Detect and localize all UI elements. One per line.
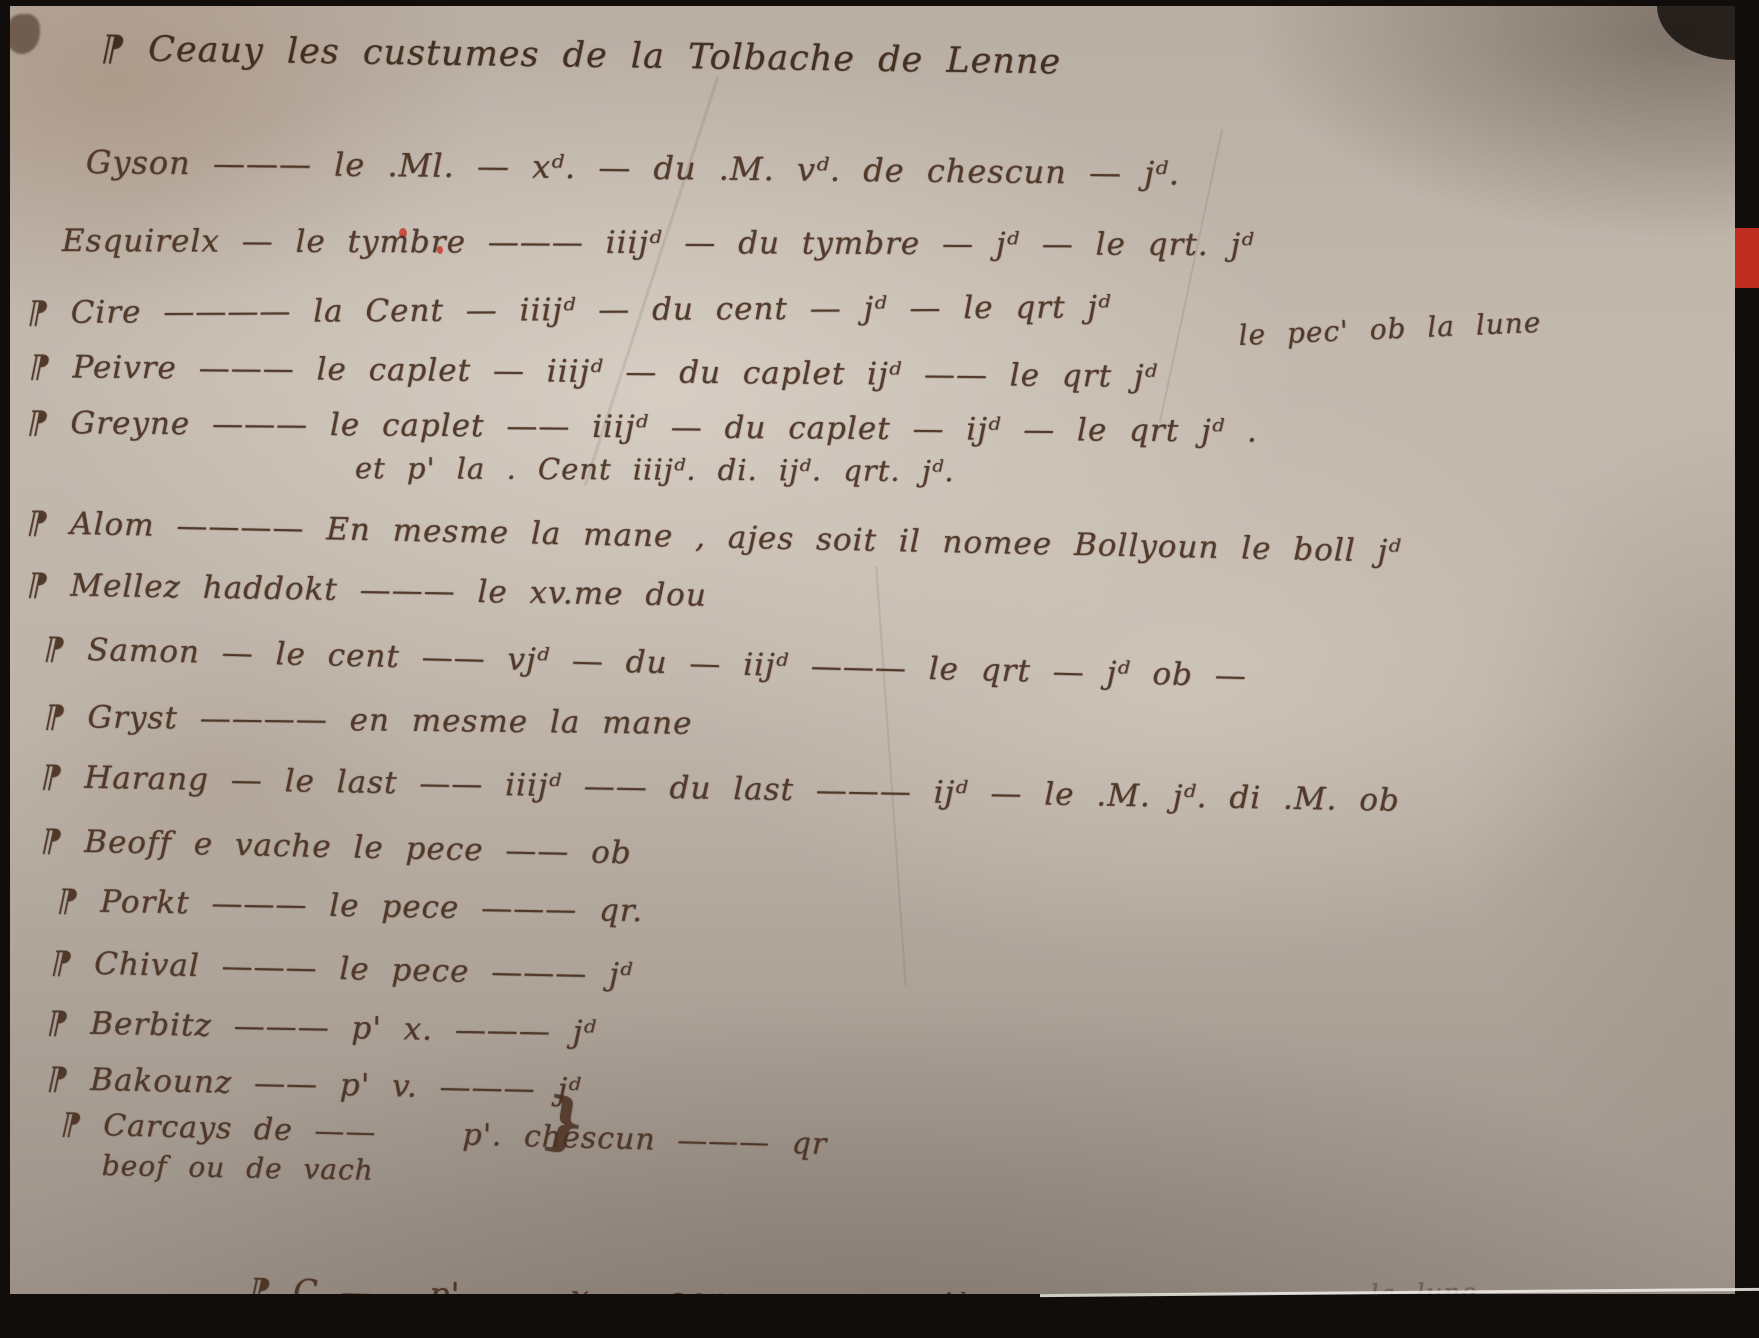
red-edge-marker (1735, 228, 1759, 288)
photo-frame-bottom (0, 1294, 1759, 1338)
ms-line-mellez-haddok: ⁋ Mellez haddokt ——— le xv.me dou (28, 570, 708, 612)
ms-line-chival: ⁋ Chival ——— le pece ——— jᵈ (51, 948, 633, 991)
ms-line-esquirels: Esquirelx — le tymbre ——— iiijᵈ — du tym… (62, 226, 1255, 261)
photo-frame-left (0, 0, 10, 1338)
ms-line-cent-continuation: et p' la . Cent iiijᵈ. di. ijᵈ. qrt. jᵈ. (355, 454, 955, 486)
ms-line-header: ⁋ Ceauy les custumes de la Tolbache de L… (102, 32, 1062, 80)
manuscript-photo: ⁋ Ceauy les custumes de la Tolbache de L… (0, 0, 1759, 1338)
ms-line-peivre: ⁋ Peivre ——— le caplet — iiijᵈ — du capl… (30, 352, 1158, 393)
ms-line-harang: ⁋ Harang — le last —— iiijᵈ —— du last —… (41, 762, 1400, 817)
ms-line-gyson: Gyson ——— le .Ml. — xᵈ. — du .M. vᵈ. de … (86, 146, 1181, 189)
ms-line-samon: ⁋ Samon — le cent —— vjᵈ — du — iijᵈ ———… (44, 634, 1247, 692)
page-corner-shadow (1657, 6, 1735, 60)
ms-line-cire: ⁋ Cire ———— la Cent — iiijᵈ — du cent — … (28, 292, 1111, 329)
parchment-page: ⁋ Ceauy les custumes de la Tolbache de L… (10, 6, 1735, 1294)
ms-line-peivre-note: le pec' ob la lune (1238, 309, 1542, 350)
edge-ink-blot (6, 14, 40, 54)
ms-line-greyne: ⁋ Greyne ——— le caplet —— iiijᵈ — du cap… (28, 408, 1258, 448)
ms-line-beoff-vache: ⁋ Beoff e vache le pece —— ob (41, 826, 632, 869)
ms-line-porkt: ⁋ Porkt ——— le pece ——— qr. (57, 886, 643, 927)
photo-frame-top (0, 0, 1759, 6)
ms-line-carcays-subline: beof ou de vach (102, 1152, 374, 1185)
ms-line-berbitz: ⁋ Berbitz ——— p' x. ——— jᵈ (47, 1008, 597, 1049)
ms-line-alom: ⁋ Alom ———— En mesme la mane , ajes soit… (27, 508, 1402, 568)
ms-line-gryst: ⁋ Gryst ———— en mesme la mane (45, 702, 693, 740)
ms-line-bakounz: ⁋ Bakounz —— p' v. ——— jᵈ (47, 1064, 581, 1106)
photo-frame-right (1735, 0, 1759, 1338)
